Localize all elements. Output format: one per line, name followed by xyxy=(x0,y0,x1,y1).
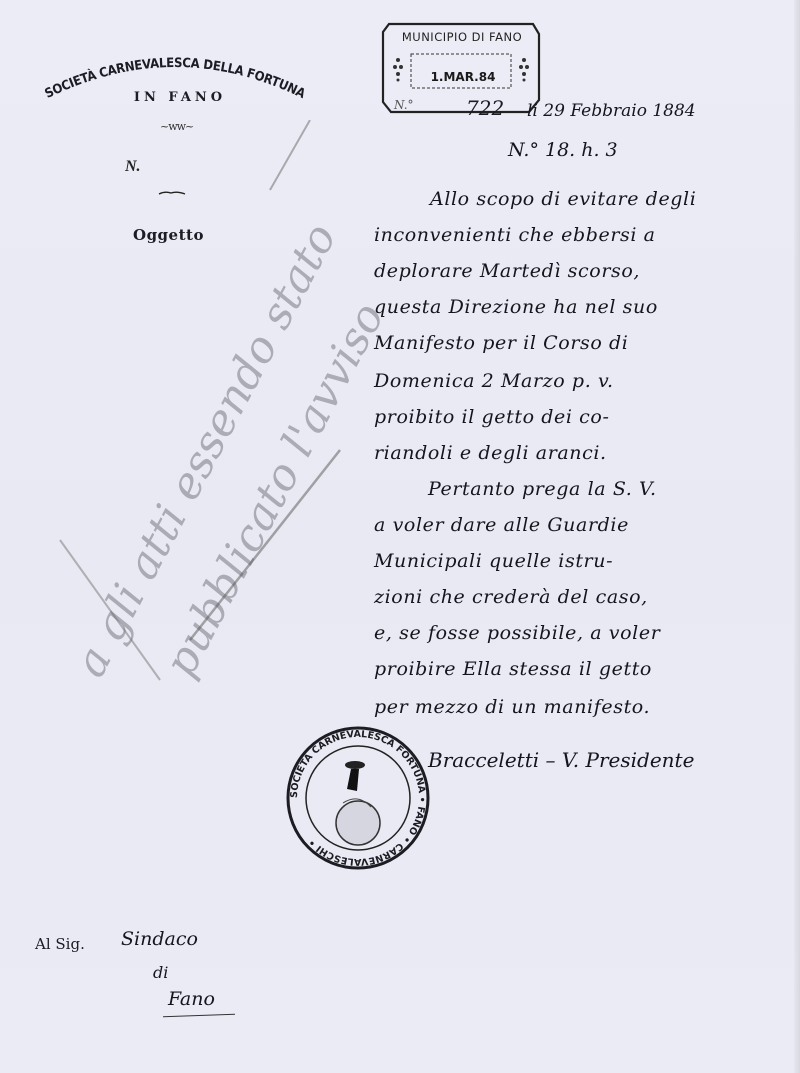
addressee-preposition: di xyxy=(153,963,168,982)
subject-label: Oggetto xyxy=(133,226,204,244)
reference-number: N.° 18. h. 3 xyxy=(508,139,618,161)
body-line: questa Direzione ha nel suo xyxy=(374,296,658,318)
seal-legend: SOCIETÀ CARNEVALESCA FORTUNA • FANO • CA… xyxy=(289,729,427,867)
fortuna-figure-icon xyxy=(336,761,380,845)
body-line: Domenica 2 Marzo p. v. xyxy=(374,370,614,392)
signature: Bracceletti – V. Presidente xyxy=(428,748,694,772)
body-line: e, se fosse possibile, a voler xyxy=(374,622,660,644)
body-line: Allo scopo di evitare degli xyxy=(430,188,696,210)
stamp-title: MUNICIPIO DI FANO xyxy=(400,30,524,44)
stamp-ornament-right-icon xyxy=(519,58,529,82)
body-line: per mezzo di un manifesto. xyxy=(374,696,650,718)
body-line: zioni che crederà del caso, xyxy=(374,586,648,608)
body-line: Manifesto per il Corso di xyxy=(374,332,629,354)
body-line: inconvenienti che ebbersi a xyxy=(374,224,656,246)
page-edge xyxy=(794,0,800,1073)
body-line: proibito il getto dei co- xyxy=(374,406,610,428)
body-line: riandoli e degli aranci. xyxy=(374,442,607,464)
stamp-date: 1.MAR.84 xyxy=(420,70,506,84)
body-line: deplorare Martedì scorso, xyxy=(374,260,640,282)
dash-ornament xyxy=(158,190,186,196)
number-label: N. xyxy=(125,158,141,176)
body-line: a voler dare alle Guardie xyxy=(374,514,629,536)
society-seal: SOCIETÀ CARNEVALESCA FORTUNA • FANO • CA… xyxy=(283,723,433,873)
svg-text:SOCIETÀ CARNEVALESCA FORTUNA •: SOCIETÀ CARNEVALESCA FORTUNA • FANO • CA… xyxy=(289,729,427,867)
protocol-number: 722 xyxy=(466,96,504,120)
pencil-marginal-note: a gli atti essendo stato pubblicato l'av… xyxy=(40,120,420,700)
body-line: Pertanto prega la S. V. xyxy=(428,478,657,500)
addressee-title: Sindaco xyxy=(121,928,198,950)
stamp-ornament-left-icon xyxy=(393,58,403,82)
letter-date: li 29 Febbraio 1884 xyxy=(527,101,696,121)
letterhead-city: IN FANO xyxy=(120,90,240,105)
ornament-squiggle: ~ww~ xyxy=(160,120,193,133)
addressee-city: Fano xyxy=(168,988,215,1010)
stamp-number-label: N.° xyxy=(394,98,414,112)
addressee-prefix: Al Sig. xyxy=(35,935,85,953)
body-line: proibire Ella stessa il getto xyxy=(374,658,652,680)
body-line: Municipali quelle istru- xyxy=(374,550,613,572)
